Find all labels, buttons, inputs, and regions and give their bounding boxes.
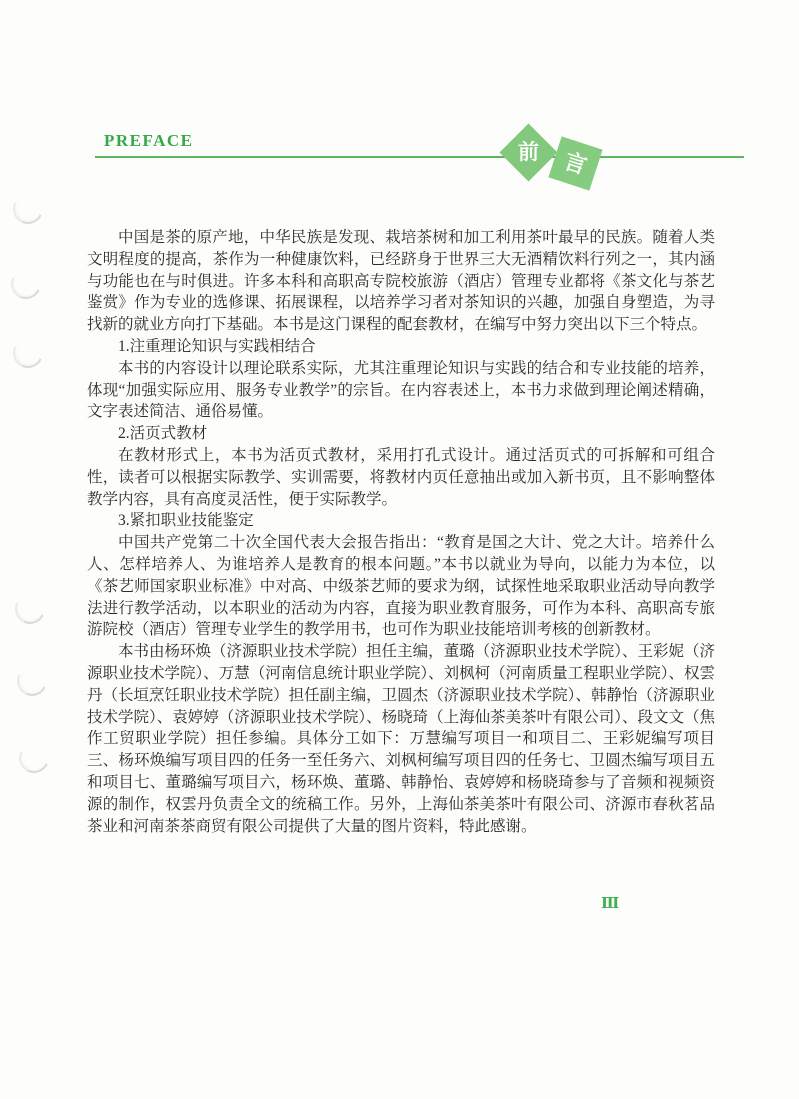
paragraph-feature-2: 在教材形式上，本书为活页式教材，采用打孔式设计。通过活页式的可拆解和可组合性，读…: [87, 445, 715, 510]
punch-hole: [11, 590, 49, 628]
scanned-preface-page: PREFACE 前 言 中国是茶的原产地，中华民族是发现、栽培茶树和加工利用茶叶…: [0, 0, 799, 1099]
feature-heading-1: 1.注重理论知识与实践相结合: [87, 336, 715, 358]
punch-hole: [9, 334, 47, 372]
feature-heading-2: 2.活页式教材: [87, 423, 715, 445]
paragraph-feature-1: 本书的内容设计以理论联系实际，尤其注重理论知识与实践的结合和专业技能的培养，体现…: [87, 358, 715, 423]
feature-heading-3: 3.紧扣职业技能鉴定: [87, 510, 715, 532]
preface-body: 中国是茶的原产地，中华民族是发现、栽培茶树和加工利用茶叶最早的民族。随着人类文明…: [87, 227, 715, 837]
header-divider-line: [95, 156, 744, 158]
page-number: Ⅲ: [601, 894, 619, 913]
punch-hole: [13, 662, 51, 700]
punch-hole: [15, 739, 53, 777]
punch-hole: [7, 265, 45, 303]
paragraph-introduction: 中国是茶的原产地，中华民族是发现、栽培茶树和加工利用茶叶最早的民族。随着人类文明…: [87, 227, 715, 336]
paragraph-contributors: 本书由杨环焕（济源职业技术学院）担任主编，董璐（济源职业技术学院）、王彩妮（济源…: [87, 641, 715, 837]
qian-character: 前: [518, 142, 539, 163]
yan-character: 言: [562, 150, 590, 178]
paragraph-feature-3: 中国共产党第二十次全国代表大会报告指出：“教育是国之大计、党之大计。培养什么人、…: [87, 532, 715, 641]
yan-badge: 言: [548, 136, 602, 190]
punch-hole: [9, 190, 47, 228]
preface-heading: PREFACE: [104, 131, 194, 151]
